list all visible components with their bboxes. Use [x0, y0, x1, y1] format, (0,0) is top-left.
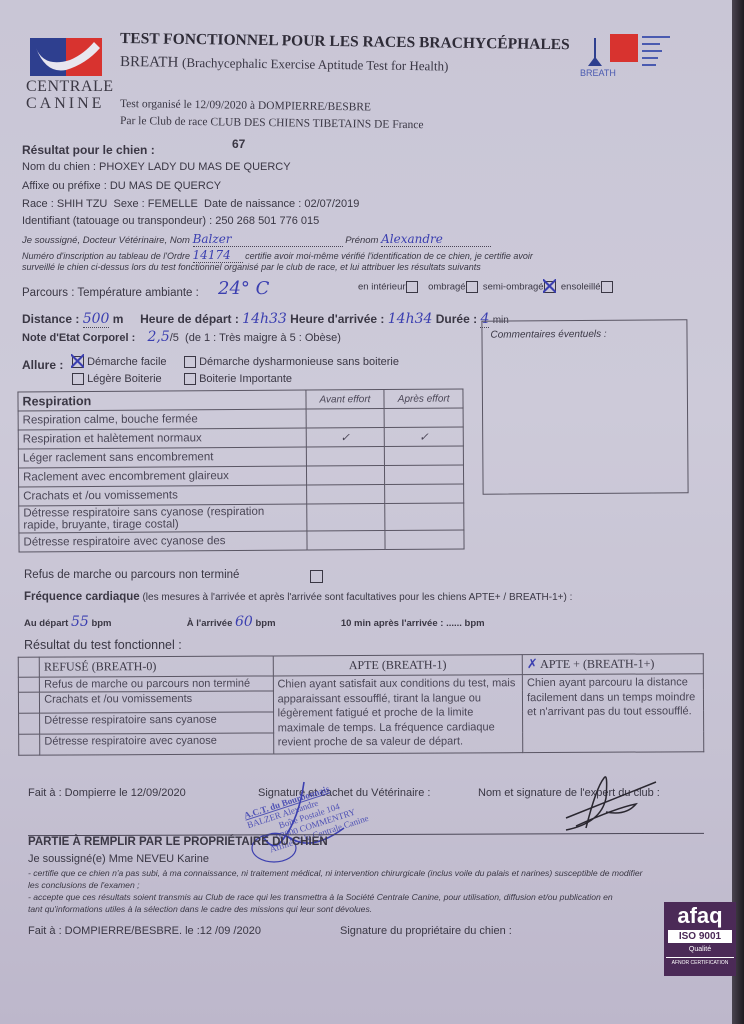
respiration-after-cell[interactable] [385, 465, 464, 485]
respiration-before-cell[interactable]: ✓ [306, 427, 385, 447]
respiration-row: Détresse respiratoire sans cyanose (resp… [19, 503, 464, 533]
gait-option-light-limp[interactable]: Légère Boiterie [72, 373, 162, 385]
vet-signature-icon [244, 778, 364, 868]
result-title: Résultat du test fonctionnel : [24, 638, 182, 652]
body-score-line: Note d'Etat Corporel : 2,5/5 (de 1 : Trè… [22, 329, 341, 345]
comments-box[interactable]: Commentaires éventuels : [481, 319, 688, 494]
svg-text:BREATH: BREATH [580, 68, 616, 78]
heart-rate-departure-value: 55 [71, 614, 89, 630]
body-score-value: 2,5 [147, 329, 169, 345]
afaq-iso-logo: afaq ISO 9001 Qualité AFNOR CERTIFICATIO… [664, 902, 736, 976]
location-options: en intérieur ombragé semi-ombragé ensole… [358, 281, 613, 293]
vet-certify-line: surveillé le chien ci-dessus lors du tes… [22, 262, 481, 272]
before-effort-header: Avant effort [306, 389, 385, 409]
gait-easy-checkbox[interactable] [72, 356, 84, 368]
respiration-header: Respiration [18, 390, 306, 411]
heart-rate-arrival-value: 60 [235, 614, 253, 630]
result-for-dog-label: Résultat pour le chien : [22, 143, 155, 157]
departure-time-value: 14h33 [242, 311, 287, 327]
refused-row: Détresse respiratoire sans cyanose [40, 712, 273, 734]
vet-name-line: Je soussigné, Docteur Vétérinaire, Nom B… [22, 232, 491, 247]
centrale-canine-logo-icon [30, 38, 102, 76]
respiration-row-label: Détresse respiratoire avec cyanose des [19, 531, 307, 552]
done-at-vet: Fait à : Dompierre le 12/09/2020 [28, 787, 186, 799]
respiration-table: Respiration Avant effort Après effort Re… [17, 388, 464, 552]
arrival-time-value: 14h34 [388, 311, 433, 327]
owner-section-title: PARTIE À REMPLIR PAR LE PROPRIÉTAIRE DU … [28, 836, 328, 848]
affix-field: Affixe ou préfixe : DU MAS DE QUERCY [22, 180, 221, 192]
temperature-value: 24° C [218, 278, 269, 299]
gait-label: Allure : [22, 358, 63, 372]
location-semi-shaded-checkbox[interactable] [544, 281, 556, 293]
owner-done-at: Fait à : DOMPIERRE/BESBRE. le :12 /09 /2… [28, 925, 261, 937]
centrale-canine-wordmark: CENTRALE CANINE [26, 78, 114, 112]
heart-rate-values: Au départ 55 bpm À l'arrivée 60 bpm 10 m… [24, 614, 485, 630]
refusal-label: Refus de marche ou parcours non terminé [24, 569, 239, 581]
distance-value: 500 [83, 311, 110, 328]
vet-name-handwritten: Balzer [193, 232, 232, 246]
background-edge [732, 0, 744, 1024]
breath-logo-icon: BREATH [576, 30, 696, 78]
temperature-label: Parcours : Température ambiante : [22, 287, 199, 299]
respiration-before-cell[interactable] [306, 484, 385, 504]
respiration-after-cell[interactable] [384, 408, 463, 428]
respiration-row-label: Détresse respiratoire sans cyanose (resp… [19, 504, 307, 533]
vet-order-number-handwritten: 14174 [193, 248, 231, 262]
respiration-row-label: Crachats et /ou vomissements [19, 485, 307, 506]
gait-option-dysharmonious[interactable]: Démarche dysharmonieuse sans boiterie [184, 356, 399, 368]
respiration-before-cell[interactable] [307, 530, 386, 550]
gait-option-easy[interactable]: Démarche facile [72, 356, 167, 368]
location-indoor-checkbox[interactable] [406, 281, 418, 293]
gait-option-major-limp[interactable]: Boiterie Importante [184, 373, 292, 385]
refused-row: Détresse respiratoire avec cyanose [40, 733, 273, 755]
vet-firstname-handwritten: Alexandre [381, 232, 443, 246]
respiration-before-cell[interactable] [306, 446, 385, 466]
refused-row: Refus de marche ou parcours non terminé [40, 676, 273, 692]
comments-label: Commentaires éventuels : [482, 320, 686, 348]
respiration-after-cell[interactable] [385, 503, 464, 531]
result-number: 67 [232, 137, 245, 151]
location-sunny-checkbox[interactable] [601, 281, 613, 293]
apte-plus-description: Chien ayant parcouru la distance facilem… [522, 674, 703, 753]
location-shaded-checkbox[interactable] [466, 281, 478, 293]
respiration-after-cell[interactable] [385, 484, 464, 504]
refusal-checkbox[interactable] [310, 570, 323, 583]
respiration-row-label: Respiration et halètement normaux [18, 428, 306, 449]
respiration-before-cell[interactable] [306, 408, 385, 428]
respiration-after-cell[interactable] [385, 446, 464, 466]
owner-clause-2: - accepte que ces résultats soient trans… [28, 892, 628, 915]
after-effort-header: Après effort [384, 389, 463, 409]
respiration-before-cell[interactable] [306, 465, 385, 485]
respiration-row-label: Raclement avec encombrement glaireux [18, 466, 306, 487]
respiration-row: Détresse respiratoire avec cyanose des [19, 530, 464, 552]
result-table: REFUSÉ (BREATH-0) APTE (BREATH-1) ✗ APTE… [18, 653, 705, 756]
gait-light-limp-checkbox[interactable] [72, 373, 84, 385]
race-sex-birth-field: Race : SHIH TZU Sexe : FEMELLE Date de n… [22, 198, 359, 210]
refused-header: REFUSÉ (BREATH-0) [39, 656, 272, 677]
owner-signature-label: Signature du propriétaire du chien : [340, 925, 512, 937]
distance-time-line: Distance : 500 m Heure de départ : 14h33… [22, 311, 509, 327]
dog-name-field: Nom du chien : PHOXEY LADY DU MAS DE QUE… [22, 161, 291, 173]
apte-plus-check-icon: ✗ [527, 657, 538, 672]
owner-clause-1: - certifie que ce chien n'a pas subi, à … [28, 868, 648, 891]
heart-rate-line: Fréquence cardiaque (les mesures à l'arr… [24, 591, 572, 603]
club-signature-icon [556, 768, 666, 838]
apte-header: APTE (BREATH-1) [273, 655, 523, 676]
owner-declarant: Je soussigné(e) Mme NEVEU Karine [28, 853, 209, 865]
vet-order-line: Numéro d'inscription au tableau de l'Ord… [22, 248, 533, 263]
respiration-after-cell[interactable]: ✓ [384, 427, 463, 447]
heart-rate-after10-value: ...... [446, 618, 462, 629]
gait-major-limp-checkbox[interactable] [184, 373, 196, 385]
respiration-row-label: Respiration calme, bouche fermée [18, 409, 306, 430]
respiration-before-cell[interactable] [306, 503, 385, 531]
apte-plus-header: ✗ APTE + (BREATH-1+) [522, 654, 703, 675]
respiration-row-label: Léger raclement sans encombrement [18, 447, 306, 468]
refused-row: Crachats et /ou vomissements [40, 691, 273, 713]
gait-dysharmonious-checkbox[interactable] [184, 356, 196, 368]
respiration-after-cell[interactable] [385, 530, 464, 550]
apte-description: Chien ayant satisfait aux conditions du … [273, 675, 523, 754]
identifier-field: Identifiant (tatouage ou transpondeur) :… [22, 215, 319, 227]
